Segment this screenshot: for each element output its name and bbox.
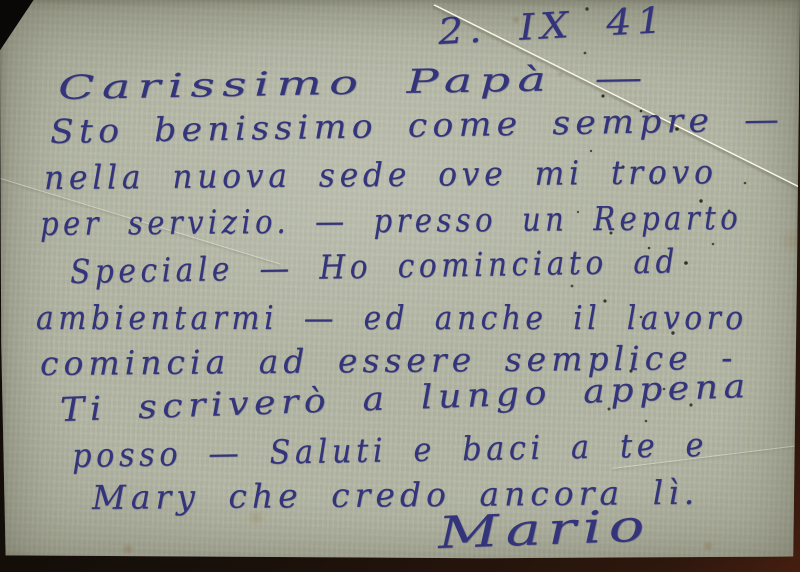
handwriting-line: per servizio. — presso un Reparto [40, 198, 742, 243]
handwriting-line: posso — Saluti e baci a te e [72, 425, 709, 475]
ink-speckles [0, 0, 2, 2]
photo-frame: 2. IX 41 Carissimo Papà — Sto benissimo … [0, 0, 800, 572]
handwriting-text: 2. IX 41 Carissimo Papà — Sto benissimo … [0, 0, 800, 572]
handwriting-line: Carissimo Papà — [58, 58, 650, 107]
handwriting-line: nella nuova sede ove mi trovo [44, 152, 718, 197]
handwriting-line: ambientarmi — ed anche il lavoro [36, 298, 748, 337]
handwriting-line: Sto benissimo come sempre — [50, 99, 785, 151]
handwriting-line: Speciale — Ho cominciato ad [70, 241, 680, 291]
signature-line: Mario [437, 501, 652, 559]
date-line: 2. IX 41 [437, 0, 669, 53]
postcard: 2. IX 41 Carissimo Papà — Sto benissimo … [0, 0, 800, 572]
